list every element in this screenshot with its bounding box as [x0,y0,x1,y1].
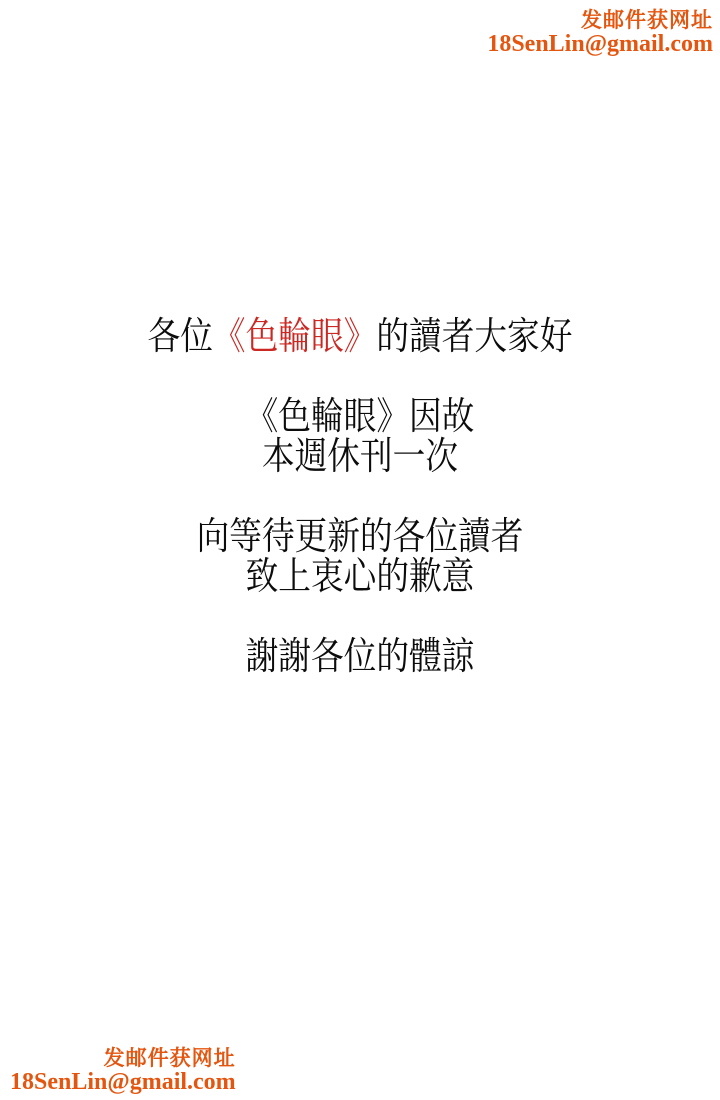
greeting-suffix: 的讀者大家好 [376,316,572,358]
email-watermark-bottom: 发邮件获网址 18SenLin@gmail.com [10,1046,236,1095]
watermark-note: 发邮件获网址 [487,8,713,32]
watermark-email: 18SenLin@gmail.com [10,1070,236,1095]
hiatus-line-1: 《色輪眼》因故 [50,397,669,437]
email-watermark-top: 发邮件获网址 18SenLin@gmail.com [487,8,713,57]
watermark-email: 18SenLin@gmail.com [487,32,713,57]
thanks-line: 謝謝各位的體諒 [50,637,669,677]
hiatus-announcement: 各位《色輪眼》的讀者大家好 《色輪眼》因故 本週休刊一次 向等待更新的各位讀者 … [50,317,669,677]
comic-title: 《色輪眼》 [213,316,376,358]
announcement-greeting-line: 各位《色輪眼》的讀者大家好 [50,317,669,357]
apology-line-1: 向等待更新的各位讀者 [50,517,669,557]
hiatus-line-2: 本週休刊一次 [50,437,669,477]
watermark-note: 发邮件获网址 [10,1046,236,1070]
greeting-prefix: 各位 [148,316,213,358]
apology-line-2: 致上衷心的歉意 [50,557,669,597]
